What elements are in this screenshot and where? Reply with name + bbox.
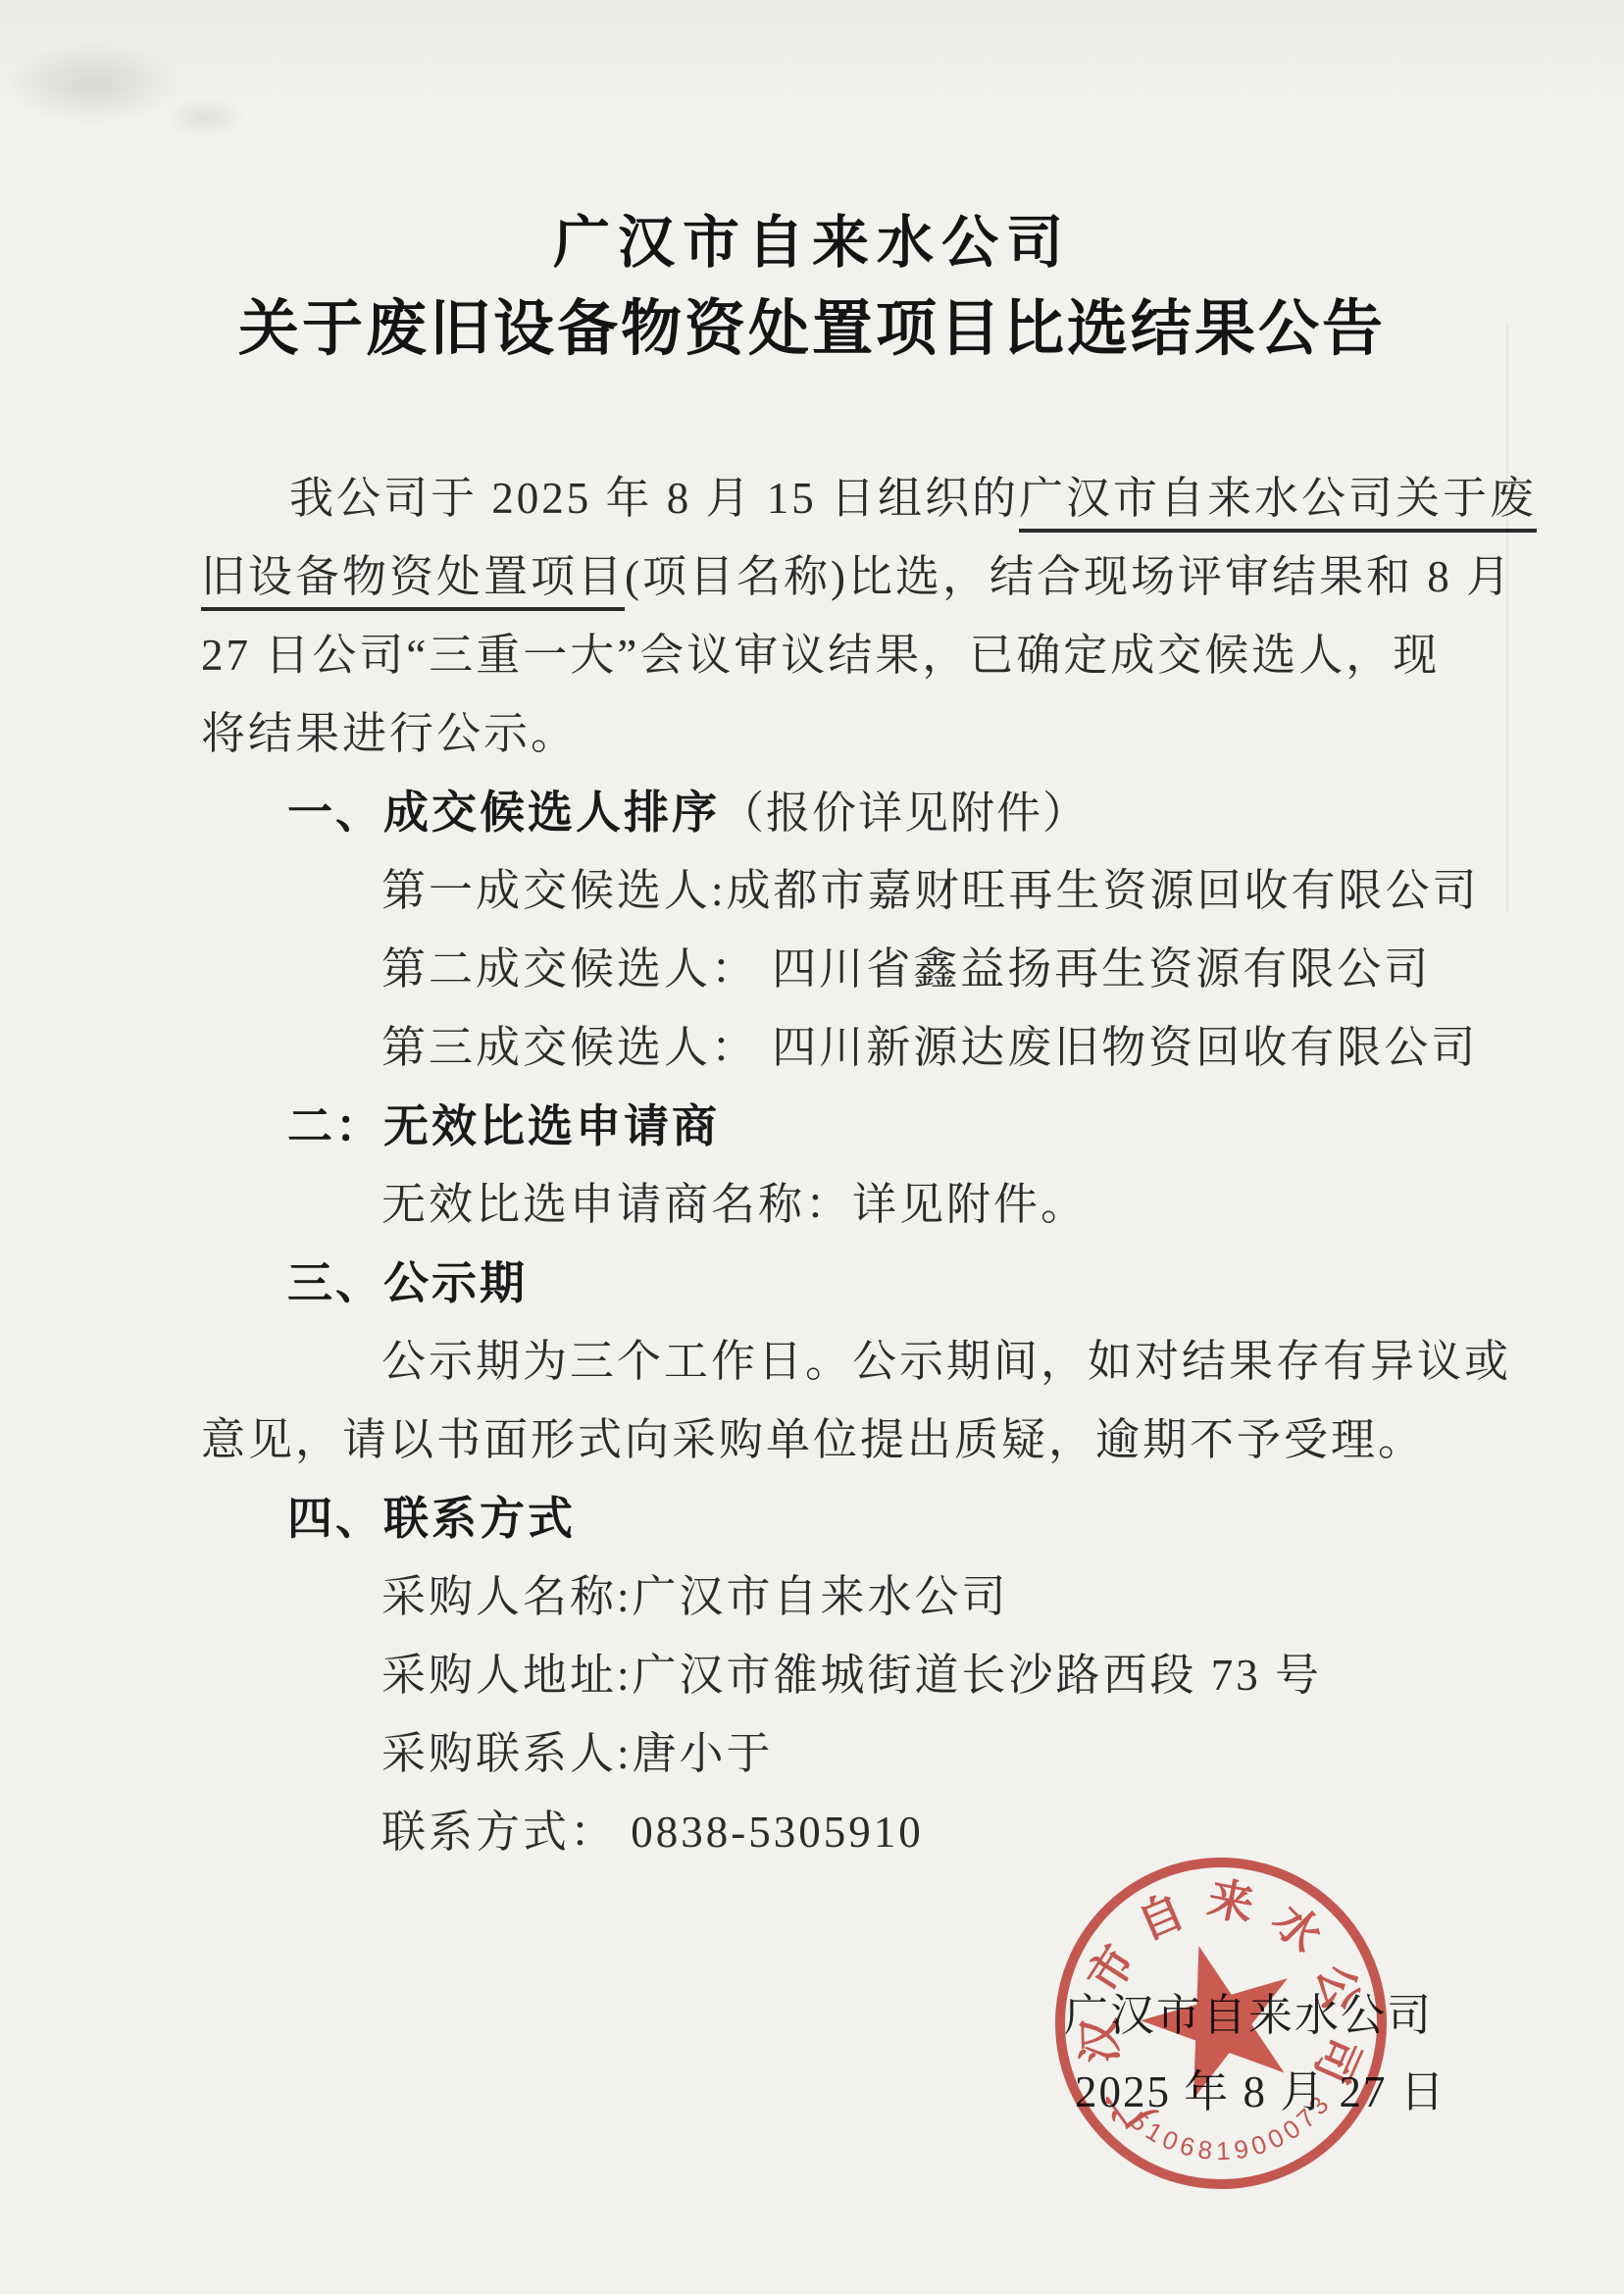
paragraph1-line1: 我公司于 2025 年 8 月 15 日组织的广汉市自来水公司关于废 bbox=[201, 459, 1496, 537]
section2-body: 无效比选申请商名称：详见附件。 bbox=[201, 1165, 1496, 1244]
section3-line2: 意见，请以书面形式向采购单位提出质疑，逾期不予受理。 bbox=[201, 1401, 1496, 1479]
purchaser-name: 采购人名称:广汉市自来水公司 bbox=[201, 1557, 1496, 1636]
paragraph1-line2-underlined-project-name: 旧设备物资处置项目 bbox=[201, 552, 625, 611]
paragraph1-line1-underlined-project-name: 广汉市自来水公司关于废 bbox=[1019, 474, 1537, 533]
section1-heading: 一、成交候选人排序（报价详见附件） bbox=[201, 773, 1496, 851]
paragraph1-line2-text: (项目名称)比选，结合现场评审结果和 8 月 bbox=[625, 552, 1513, 601]
section1-heading-note: （报价详见附件） bbox=[720, 789, 1089, 838]
signature-date: 2025 年 8 月 27 日 bbox=[1075, 2056, 1446, 2119]
paragraph1-line4: 将结果进行公示。 bbox=[201, 694, 1496, 773]
document-title: 广汉市自来水公司 关于废旧设备物资处置项目比选结果公告 bbox=[0, 208, 1624, 371]
paragraph1-line3: 27 日公司“三重一大”会议审议结果，已确定成交候选人，现 bbox=[201, 616, 1496, 694]
purchaser-address: 采购人地址:广汉市雒城街道长沙路西段 73 号 bbox=[201, 1636, 1496, 1714]
purchaser-contact-person: 采购联系人:唐小于 bbox=[201, 1714, 1496, 1793]
section2-heading: 二：无效比选申请商 bbox=[201, 1087, 1496, 1165]
section4-heading: 四、联系方式 bbox=[201, 1479, 1496, 1557]
document-body: 我公司于 2025 年 8 月 15 日组织的广汉市自来水公司关于废 旧设备物资… bbox=[201, 459, 1496, 1871]
candidate-3: 第三成交候选人： 四川新源达废旧物资回收有限公司 bbox=[201, 1008, 1496, 1087]
section1-heading-text: 一、成交候选人排序 bbox=[287, 787, 720, 838]
paragraph1-line1-text: 我公司于 2025 年 8 月 15 日组织的 bbox=[289, 474, 1019, 523]
section3-line1: 公示期为三个工作日。公示期间，如对结果存有异议或 bbox=[201, 1322, 1496, 1401]
signature-company-name: 广汉市自来水公司 bbox=[1064, 1979, 1433, 2043]
title-announcement-subject: 关于废旧设备物资处置项目比选结果公告 bbox=[0, 288, 1624, 371]
section3-heading: 三、公示期 bbox=[201, 1244, 1496, 1322]
scanned-document-page: 广汉市自来水公司 关于废旧设备物资处置项目比选结果公告 我公司于 2025 年 … bbox=[0, 0, 1624, 2294]
paragraph1-line2: 旧设备物资处置项目(项目名称)比选，结合现场评审结果和 8 月 bbox=[201, 537, 1496, 616]
title-company-name: 广汉市自来水公司 bbox=[0, 208, 1624, 279]
candidate-1: 第一成交候选人:成都市嘉财旺再生资源回收有限公司 bbox=[201, 851, 1496, 930]
candidate-2: 第二成交候选人： 四川省鑫益扬再生资源有限公司 bbox=[201, 930, 1496, 1008]
